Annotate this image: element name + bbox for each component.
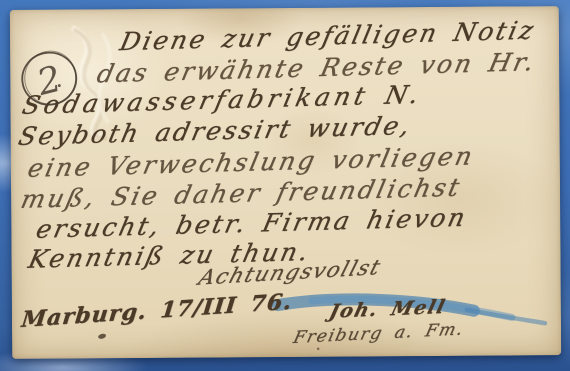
postcard: 2 Diene zur gefälligen Notiz das erwähnt… <box>10 6 561 359</box>
album-background: 2 Diene zur gefälligen Notiz das erwähnt… <box>0 0 570 371</box>
ink-blot <box>98 331 320 351</box>
